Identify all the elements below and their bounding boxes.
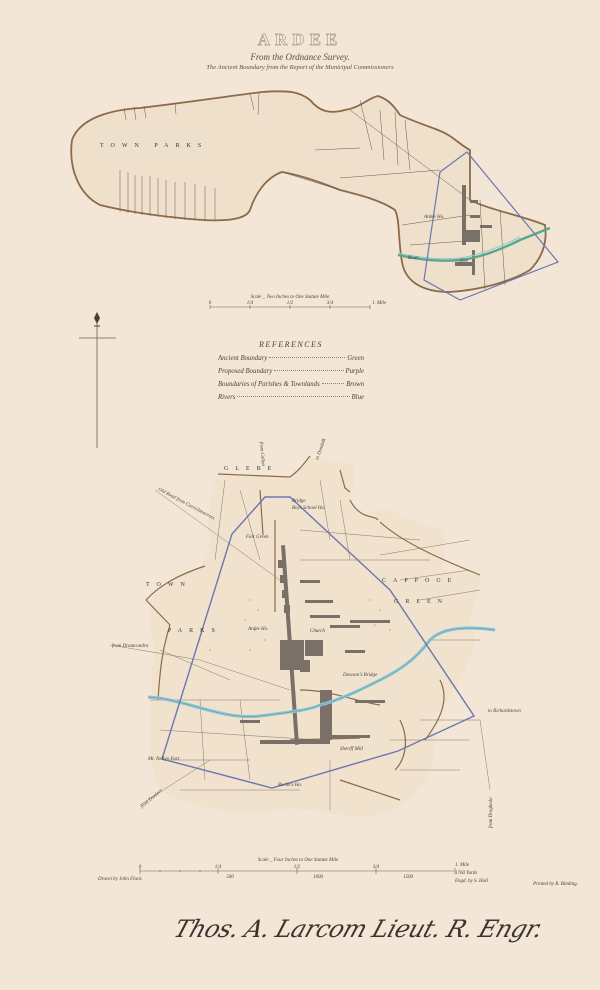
road-label-from-dunleer: from Dunleer (140, 788, 164, 809)
lower-scale-tick: 1. Mile (455, 863, 470, 868)
legend-value: Purple (346, 368, 365, 375)
lower-scale-title: Scale _ Four Inches to One Statute Mile (258, 858, 339, 863)
lower-scale-tick: 3/4 (373, 865, 380, 870)
region-label-town: TOWN (146, 582, 192, 588)
lower-scale-subtick: 1760 Yards (455, 871, 477, 876)
place-label-church: Church (310, 629, 325, 634)
upper-scale-tick: 1. Mile (372, 301, 387, 306)
lower-scale-subtick: 500 (226, 875, 234, 880)
legend-value: Green (347, 355, 364, 362)
lower-scale-tick: 1/4 (215, 865, 222, 870)
credit-engraved-by: Engd. by S. Hall (454, 879, 489, 884)
place-label-boys-school: Boys School Ho. (292, 506, 325, 511)
upper-scale-tick: 1/2 (287, 301, 294, 306)
upper-scale-tick: 0 (209, 301, 212, 306)
legend-label: Boundaries of Parishes & Townlands (218, 381, 320, 388)
legend-item: Proposed Boundary Purple (218, 368, 364, 375)
lower-map: GLEBE TOWN PARKS CAPPOGE GREEN Bridge Bo… (110, 437, 521, 828)
lower-scale-tick: 1/2 (294, 865, 301, 870)
north-arrow-icon (79, 312, 116, 448)
legend-leader (237, 396, 349, 397)
region-label-glebe: GLEBE (224, 466, 278, 472)
legend-value: Brown (346, 381, 364, 388)
road-label-to-dundalk: to Dundalk (315, 437, 328, 460)
place-label-sheriff-mill: Sheriff Mill (340, 747, 364, 752)
lower-scale-tick: 0 (139, 865, 142, 870)
legend-value: Blue (352, 394, 364, 401)
references-legend: REFERENCES Ancient Boundary Green Propos… (218, 340, 364, 407)
legend-item: Ancient Boundary Green (218, 355, 364, 362)
road-label-from-drogheda: from Drogheda (489, 797, 494, 828)
place-label-dee: Dee (459, 259, 469, 264)
place-label-roches-house: Roche's Ho. (277, 783, 302, 788)
upper-scale-title: Scale _ Two Inches to One Statute Mile (251, 295, 330, 300)
credit-drawn-by: Drawn by John Flack. (97, 877, 143, 882)
place-label-fair-green: Fair Green (245, 535, 269, 540)
legend-leader (269, 357, 345, 358)
place-label-bridge: Bridge (292, 499, 306, 504)
region-label-cappoge: CAPPOGE (382, 578, 458, 584)
credit-printed-by: Printed by R. Bimling. (532, 882, 578, 887)
lower-scale-subtick: 1000 (313, 875, 324, 880)
legend-item: Rivers Blue (218, 394, 364, 401)
legend-leader (322, 383, 344, 384)
region-label-parks: PARKS (168, 628, 222, 634)
lower-scale-subtick: 1500 (403, 875, 414, 880)
place-label-dawsons-bridge: Dawson's Bridge (342, 673, 378, 678)
place-label-ardee-house: Ardee Ho. (423, 215, 444, 220)
road-label-old-road: Old Road from Carrickmacross (157, 487, 215, 521)
legend-label: Ancient Boundary (218, 355, 267, 362)
legend-label: Rivers (218, 394, 235, 401)
place-label-river: River (407, 256, 419, 261)
legend-leader (274, 370, 343, 371)
legend-item: Boundaries of Parishes & Townlands Brown (218, 381, 364, 388)
region-label-town-parks: TOWN PARKS (100, 143, 208, 149)
legend-label: Proposed Boundary (218, 368, 272, 375)
upper-scale-tick: 3/4 (327, 301, 334, 306)
road-label-from-drumcondra: from Drumcondra (112, 644, 149, 649)
road-label-from-collon: from Collon (258, 442, 265, 467)
signature: Thos. A. Larcom Lieut. R. Engr. (170, 915, 546, 943)
place-label-mt-nellyn-fort: Mt. Nellyn Fort (147, 757, 180, 762)
upper-map: TOWN PARKS Ardee Ho. River Dee Scale _ T… (0, 0, 600, 990)
region-label-green: GREEN (394, 599, 449, 605)
road-label-to-richardstown: to Richardstown (488, 709, 521, 714)
references-title: REFERENCES (218, 340, 364, 349)
place-label-ardee-house: Ardee Ho. (247, 627, 268, 632)
upper-scale-tick: 1/4 (247, 301, 254, 306)
